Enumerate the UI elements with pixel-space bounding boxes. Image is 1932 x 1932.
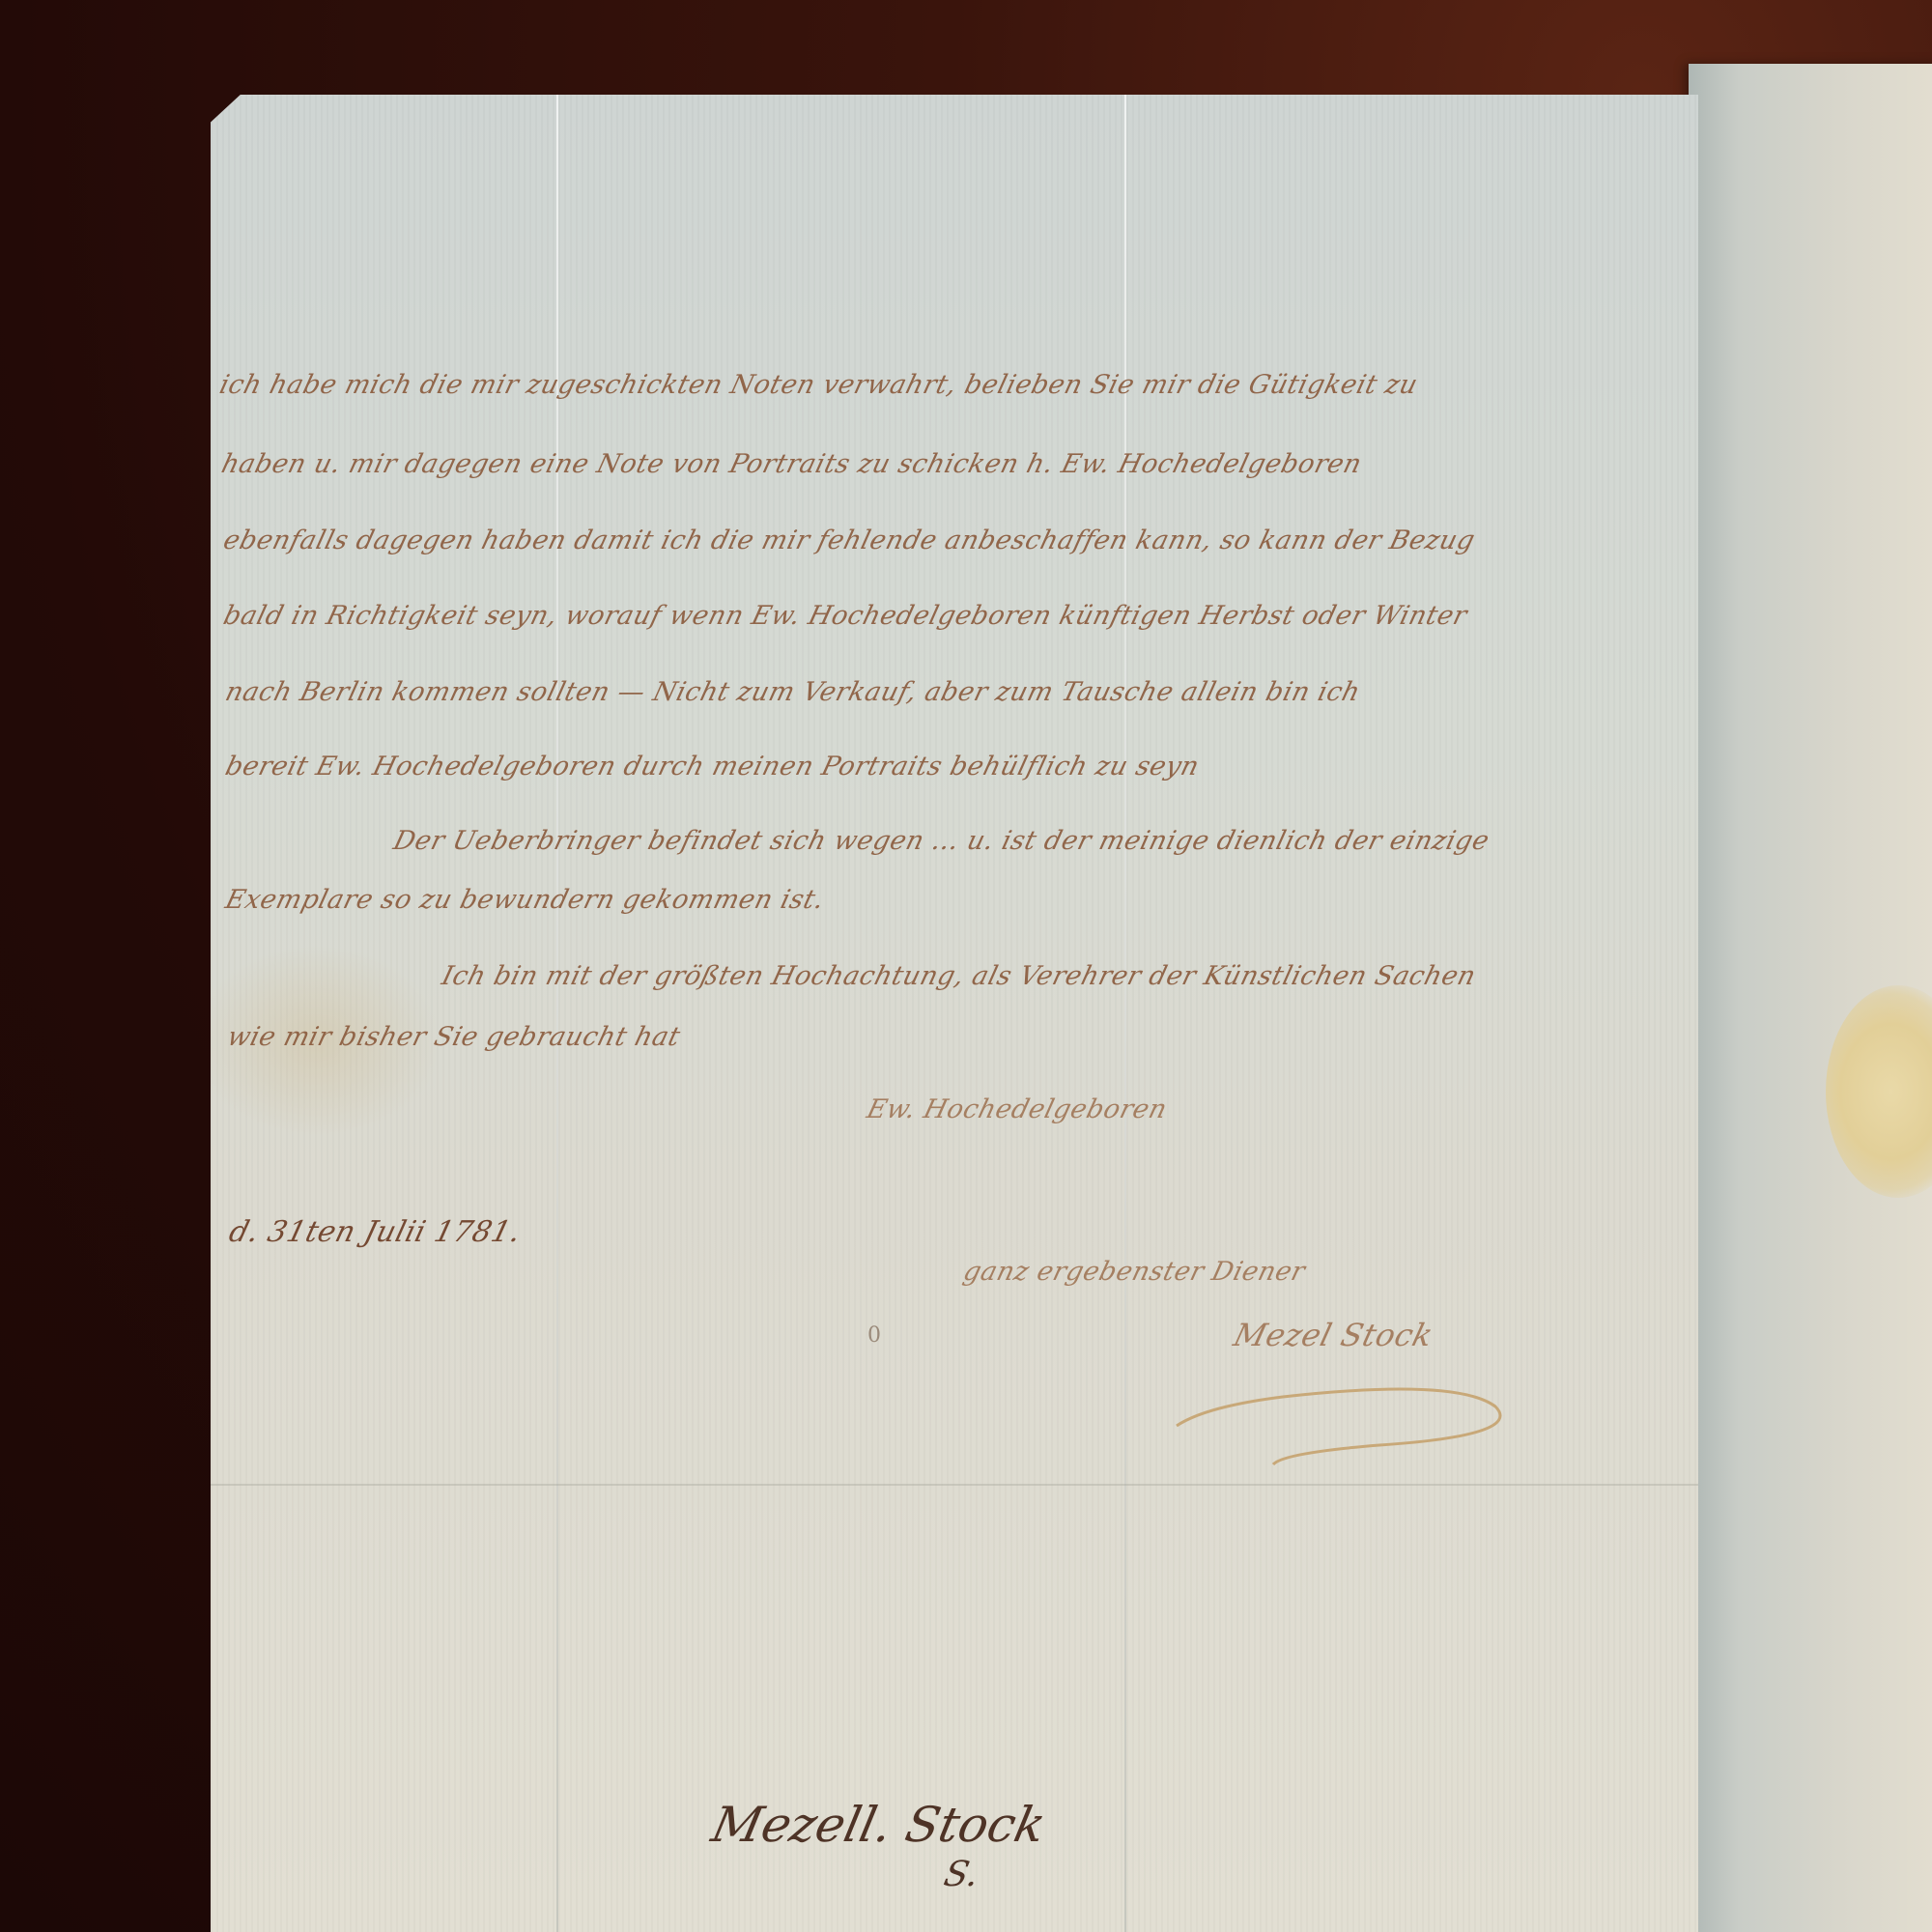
closing-line-2: wie mir bisher Sie gebraucht hat [224, 1022, 683, 1052]
docket-suffix: S. [941, 1855, 983, 1894]
body-line-5: nach Berlin kommen sollten — Nicht zum V… [222, 677, 1363, 707]
fold-line-horizontal [211, 1484, 1698, 1486]
signature: Mezel Stock [1230, 1317, 1436, 1353]
body-line-1: ich habe mich die mir zugeschickten Note… [216, 370, 1421, 400]
paragraph-2-line-1: Der Ueberbringer befindet sich wegen ...… [390, 826, 1492, 856]
docket-name: Mezell. Stock [707, 1797, 1051, 1853]
closing-phrase: ganz ergebenster Diener [960, 1257, 1308, 1287]
letter-page: ich habe mich die mir zugeschickten Note… [211, 95, 1698, 1932]
pencil-mark: 0 [867, 1323, 881, 1348]
paragraph-2-line-2: Exemplare so zu bewundern gekommen ist. [222, 885, 827, 915]
salutation: Ew. Hochedelgeboren [864, 1094, 1170, 1124]
letter-date: d. 31ten Julii 1781. [226, 1215, 525, 1249]
body-line-4: bald in Richtigkeit seyn, worauf wenn Ew… [220, 601, 1470, 631]
body-line-2: haben u. mir dagegen eine Note von Portr… [218, 449, 1365, 479]
signature-flourish [1167, 1368, 1534, 1474]
closing-line-1: Ich bin mit der größten Hochachtung, als… [439, 961, 1479, 991]
body-line-3: ebenfalls dagegen haben damit ich die mi… [220, 526, 1478, 555]
body-line-6: bereit Ew. Hochedelgeboren durch meinen … [222, 752, 1203, 781]
